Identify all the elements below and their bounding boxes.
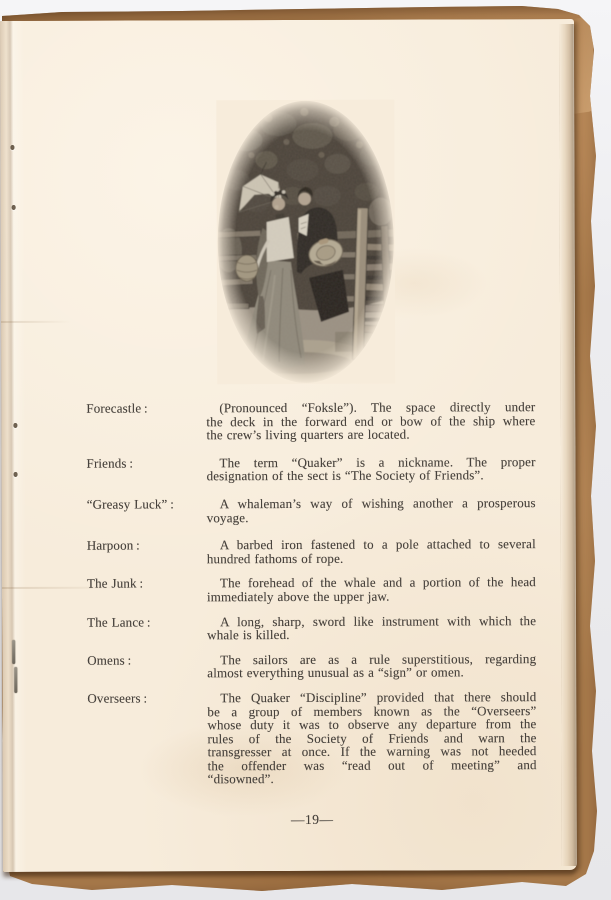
definition-line: A whaleman’s way of wishing another a pr… — [207, 496, 536, 511]
stitch-hole — [10, 145, 14, 150]
glossary-entry: Forecastle :(Pronounced “Foksle”). The s… — [86, 400, 535, 442]
stitch-hole — [13, 423, 17, 428]
term-label: Omens : — [87, 653, 207, 681]
term-definition: The forehead of the whale and a portion … — [207, 575, 536, 603]
term-label: The Lance : — [87, 615, 207, 643]
definition-line: whale is killed. — [207, 627, 536, 642]
stitch-hole — [12, 205, 16, 210]
term-label: Friends : — [87, 456, 207, 484]
term-label: The Junk : — [87, 577, 207, 605]
book-page: Forecastle :(Pronounced “Foksle”). The s… — [0, 19, 577, 872]
term-definition: The Quaker “Discipline” provided that th… — [207, 690, 536, 786]
definition-line: the offender was “read out of meeting” a… — [208, 758, 537, 773]
term-label: Overseers : — [87, 691, 207, 787]
glossary-entry: “Greasy Luck” :A whaleman’s way of wishi… — [87, 496, 536, 525]
photo-vignette — [216, 100, 395, 385]
scanned-book-spread: { "colors": { "paper": "#f7ecdb", "cover… — [0, 0, 611, 900]
term-definition: The sailors are as a rule superstitious,… — [207, 652, 536, 680]
definition-line: A barbed iron fastened to a pole attache… — [207, 537, 536, 552]
glossary-entry: Friends :The term “Quaker” is a nickname… — [87, 455, 536, 484]
term-label: “Greasy Luck” : — [87, 497, 207, 525]
oval-photograph — [216, 100, 395, 385]
paper-crease — [1, 321, 71, 323]
glossary-entry: The Junk :The forehead of the whale and … — [87, 575, 536, 604]
definition-line: the crew’s living quarters are located. — [206, 427, 535, 442]
staple — [14, 667, 17, 693]
stitch-hole — [14, 472, 18, 477]
definition-line: voyage. — [207, 510, 536, 525]
glossary: Forecastle :(Pronounced “Foksle”). The s… — [86, 400, 536, 798]
glossary-entry: The Lance :A long, sharp, sword like ins… — [87, 614, 536, 643]
term-definition: A long, sharp, sword like instrument wit… — [207, 614, 536, 642]
term-definition: A barbed iron fastened to a pole attache… — [207, 537, 536, 565]
glossary-entry: Harpoon :A barbed iron fastened to a pol… — [87, 537, 536, 566]
term-definition: The term “Quaker” is a nickname. The pro… — [207, 455, 536, 483]
term-label: Forecastle : — [86, 401, 206, 442]
page-number: —19— — [88, 811, 537, 829]
definition-line: almost everything unusual as a “sign” or… — [207, 665, 536, 680]
staple — [12, 640, 15, 664]
term-label: Harpoon : — [87, 538, 207, 566]
term-definition: A whaleman’s way of wishing another a pr… — [207, 496, 536, 524]
glossary-entry: Omens :The sailors are as a rule superst… — [87, 652, 536, 681]
definition-line: A long, sharp, sword like instrument wit… — [207, 614, 536, 629]
definition-line: immediately above the upper jaw. — [207, 589, 536, 604]
definition-line: “disowned”. — [208, 772, 537, 787]
term-definition: (Pronounced “Foksle”). The space directl… — [206, 400, 535, 442]
definition-line: hundred fathoms of rope. — [207, 551, 536, 566]
definition-line: designation of the sect is “The Society … — [207, 469, 536, 484]
glossary-entry: Overseers :The Quaker “Discipline” provi… — [87, 690, 536, 787]
